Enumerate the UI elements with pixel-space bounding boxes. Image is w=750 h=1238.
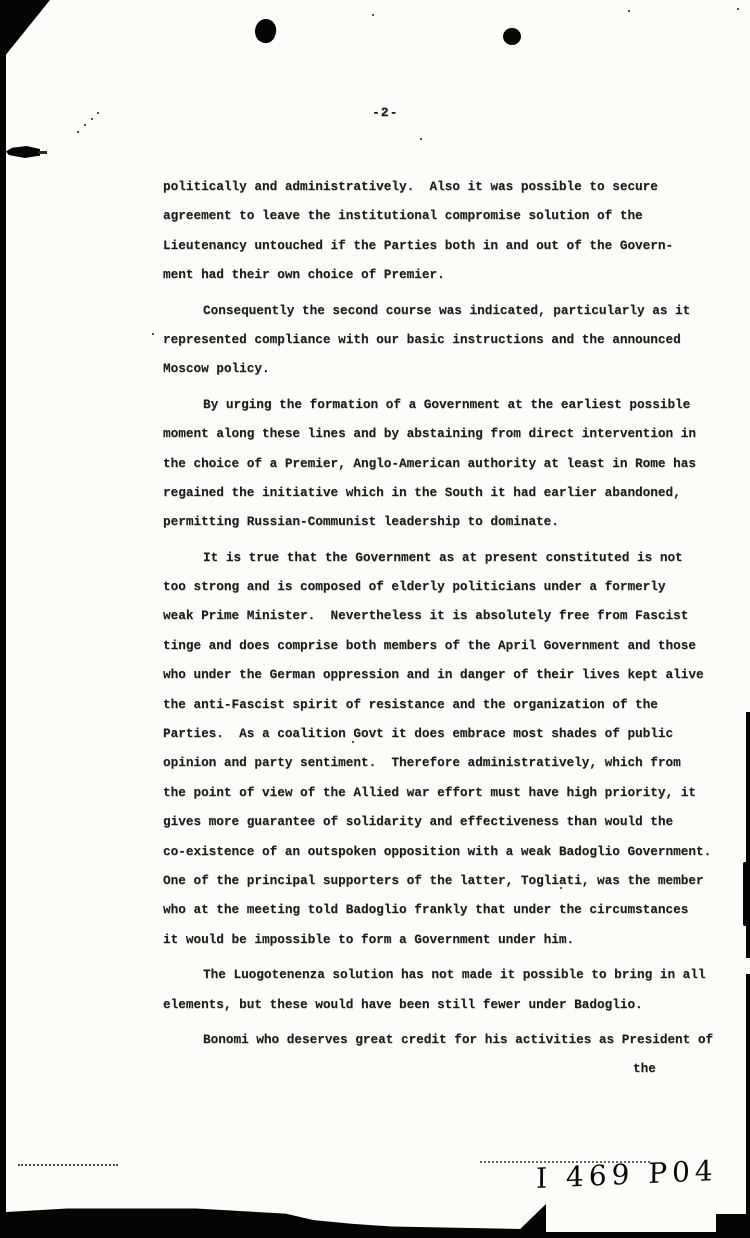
scan-corner-triangle (0, 0, 50, 62)
text-line: By urging the formation of a Government … (163, 390, 743, 419)
paragraph: Consequently the second course was indic… (163, 296, 743, 384)
text-line: the anti-Fascist spirit of resistance an… (163, 690, 743, 719)
scan-smudge (6, 146, 40, 158)
scan-bottom-wedge (516, 1204, 546, 1233)
scan-smudge-tail (38, 151, 47, 154)
paragraph: politically and administratively. Also i… (163, 172, 743, 290)
scan-speckle (372, 14, 374, 16)
text-line: ment had their own choice of Premier. (163, 260, 743, 289)
scan-scratch-left (18, 1164, 118, 1166)
scan-speckle (628, 10, 630, 12)
scan-scratch-right (480, 1161, 650, 1163)
text-line: who at the meeting told Badoglio frankly… (163, 895, 743, 924)
paragraph: The Luogotenenza solution has not made i… (163, 960, 743, 1019)
text-line: co-existence of an outspoken opposition … (163, 837, 743, 866)
text-line: agreement to leave the institutional com… (163, 201, 743, 230)
scan-speckle (560, 887, 562, 889)
catchword: the (163, 1054, 743, 1083)
scan-speckle (352, 741, 354, 743)
typewritten-text: politically and administratively. Also i… (163, 172, 743, 1084)
text-line: weak Prime Minister. Nevertheless it is … (163, 601, 743, 630)
text-line: gives more guarantee of solidarity and e… (163, 807, 743, 836)
scan-speckle (737, 8, 739, 10)
scan-right-edge-strip (746, 712, 750, 1238)
text-line: tinge and does comprise both members of … (163, 631, 743, 660)
paragraph: It is true that the Government as at pre… (163, 543, 743, 954)
text-line: opinion and party sentiment. Therefore a… (163, 748, 743, 777)
text-line: it would be impossible to form a Governm… (163, 925, 743, 954)
text-line: Consequently the second course was indic… (163, 296, 743, 325)
text-line: represented compliance with our basic in… (163, 325, 743, 354)
scan-speckle (84, 124, 86, 126)
scan-speckle (97, 112, 99, 114)
text-line: the choice of a Premier, Anglo-American … (163, 449, 743, 478)
page-number: -2- (372, 105, 398, 120)
text-line: permitting Russian-Communist leadership … (163, 507, 743, 536)
text-line: regained the initiative which in the Sou… (163, 478, 743, 507)
scan-speckle (77, 131, 79, 133)
text-line: the point of view of the Allied war effo… (163, 778, 743, 807)
scan-speckle (152, 333, 154, 335)
text-line: Parties. As a coalition Govt it does emb… (163, 719, 743, 748)
scan-right-edge-blob (743, 862, 750, 926)
text-line: elements, but these would have been stil… (163, 990, 743, 1019)
scan-right-edge-gap (744, 958, 750, 974)
text-line: too strong and is composed of elderly po… (163, 572, 743, 601)
text-line: Moscow policy. (163, 354, 743, 383)
text-line: The Luogotenenza solution has not made i… (163, 960, 743, 989)
text-line: politically and administratively. Also i… (163, 172, 743, 201)
text-line: moment along these lines and by abstaini… (163, 419, 743, 448)
paragraph: By urging the formation of a Government … (163, 390, 743, 537)
text-line: One of the principal supporters of the l… (163, 866, 743, 895)
paragraphs-container: politically and administratively. Also i… (163, 172, 743, 1054)
ink-dot-right (503, 28, 521, 45)
text-line: Bonomi who deserves great credit for his… (163, 1025, 743, 1054)
document-scan-page: -2- politically and administratively. Al… (0, 0, 750, 1238)
text-line: who under the German oppression and in d… (163, 660, 743, 689)
text-line: Lieutenancy untouched if the Parties bot… (163, 231, 743, 260)
text-line: It is true that the Government as at pre… (163, 543, 743, 572)
scan-speckle (91, 118, 93, 120)
scan-bottom-right-block (716, 1214, 750, 1238)
scan-bottom-edge-line (20, 1232, 750, 1238)
paragraph: Bonomi who deserves great credit for his… (163, 1025, 743, 1054)
scan-speckle (420, 138, 422, 140)
ink-dot-left (252, 17, 278, 45)
scan-left-edge-strip (0, 0, 6, 1238)
